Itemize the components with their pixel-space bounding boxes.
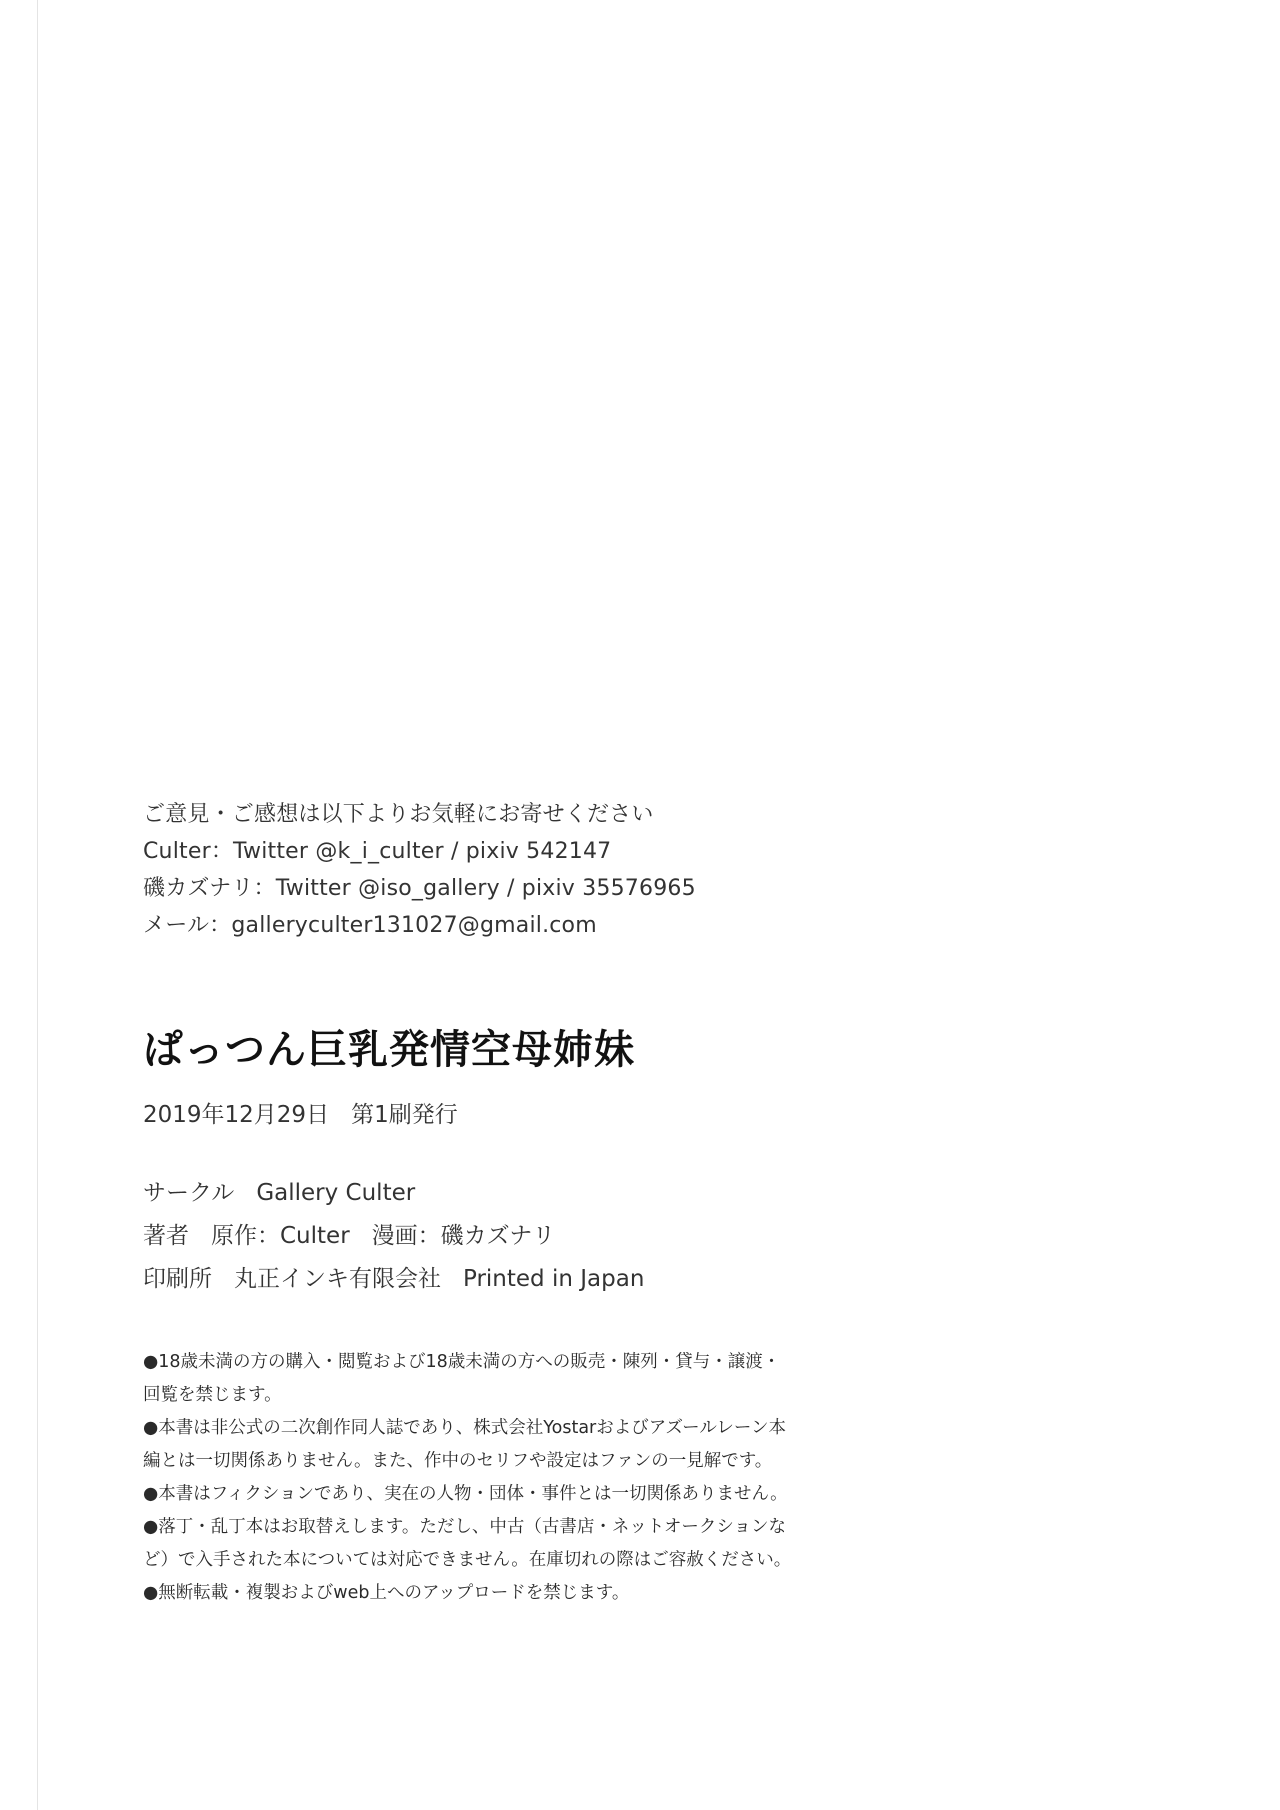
contact-iso: 磯カズナリ：Twitter @iso_gallery / pixiv 35576…	[143, 870, 696, 907]
author-label: 著者	[143, 1223, 189, 1249]
publication-date-line: 2019年12月29日第1刷発行	[143, 1096, 458, 1129]
note-line: ●本書は非公式の二次創作同人誌であり、株式会社Yostarおよびアズールレーン本	[143, 1412, 791, 1445]
contact-heading: ご意見・ご感想は以下よりお気軽にお寄せください	[143, 796, 696, 833]
note-line: ●落丁・乱丁本はお取替えします。ただし、中古（古書店・ネットオークションな	[143, 1511, 791, 1544]
note-line: ●無断転載・複製およびweb上へのアップロードを禁じます。	[143, 1577, 791, 1610]
note-line: ●18歳未満の方の購入・閲覧および18歳未満の方への販売・陳列・貸与・譲渡・	[143, 1346, 791, 1379]
author-line: 著者原作：Culter漫画：磯カズナリ	[143, 1215, 644, 1258]
printer-label: 印刷所	[143, 1266, 212, 1292]
contact-email: メール：galleryculter131027@gmail.com	[143, 907, 696, 944]
author-original: 原作：Culter	[211, 1223, 350, 1249]
edition: 第1刷発行	[351, 1102, 458, 1128]
printed-in: Printed in Japan	[463, 1266, 644, 1292]
note-line: ど）で入手された本については対応できません。在庫切れの際はご容赦ください。	[143, 1544, 791, 1577]
printer-value: 丸正インキ有限会社	[234, 1266, 441, 1292]
circle-value: Gallery Culter	[256, 1180, 415, 1206]
contact-section: ご意見・ご感想は以下よりお気軽にお寄せください Culter：Twitter @…	[143, 796, 696, 944]
circle-label: サークル	[143, 1180, 234, 1206]
note-line: 回覧を禁じます。	[143, 1379, 791, 1412]
circle-line: サークルGallery Culter	[143, 1172, 644, 1215]
book-title: ぱっつん巨乳発情空母姉妹	[143, 1018, 635, 1075]
page-binding-edge	[37, 0, 38, 1810]
note-line: ●本書はフィクションであり、実在の人物・団体・事件とは一切関係ありません。	[143, 1478, 791, 1511]
publication-date: 2019年12月29日	[143, 1102, 329, 1128]
contact-culter: Culter：Twitter @k_i_culter / pixiv 54214…	[143, 833, 696, 870]
note-line: 編とは一切関係ありません。また、作中のセリフや設定はファンの一見解です。	[143, 1445, 791, 1478]
colophon-section: サークルGallery Culter 著者原作：Culter漫画：磯カズナリ 印…	[143, 1172, 644, 1301]
printer-line: 印刷所丸正インキ有限会社Printed in Japan	[143, 1258, 644, 1301]
notes-section: ●18歳未満の方の購入・閲覧および18歳未満の方への販売・陳列・貸与・譲渡・ 回…	[143, 1346, 791, 1610]
author-manga: 漫画：磯カズナリ	[372, 1223, 556, 1249]
